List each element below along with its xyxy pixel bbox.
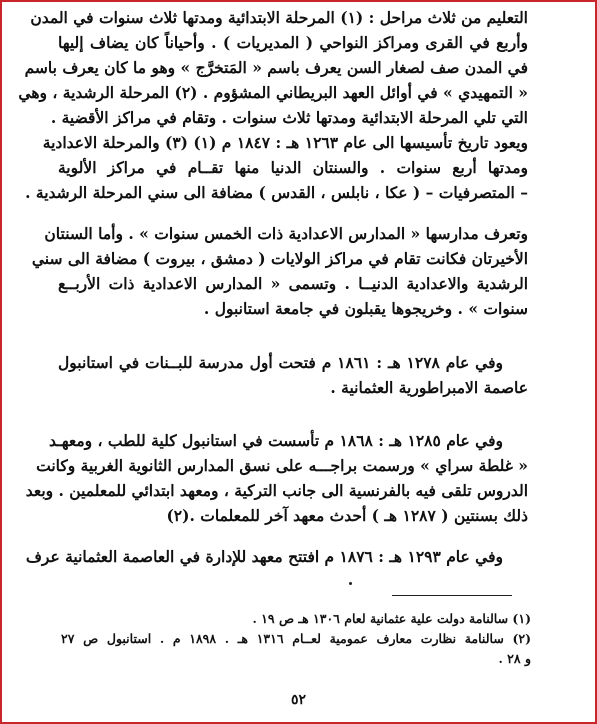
text-line: عاصمة الامبراطورية العثمانية . xyxy=(58,376,528,400)
text-line: وفي عام ١٢٧٨ هـ : ١٨٦١ م فتحت أول مدرسة … xyxy=(58,351,503,375)
stray-dot xyxy=(349,582,352,585)
text-line: التعليم من ثلاث مراحل : (١) المرحلة الاب… xyxy=(58,6,528,30)
document-page: التعليم من ثلاث مراحل : (١) المرحلة الاب… xyxy=(0,0,597,724)
text-line: ومدتها أربع سنوات . والسنتان الدنيا منها… xyxy=(58,156,528,180)
page-number: ٥٢ xyxy=(0,692,597,708)
text-line: سنوات » . وخريجوها يقبلون في جامعة استان… xyxy=(58,297,528,321)
text-line: – المتصرفيات – ( عكا ، نابلس ، القدس ) م… xyxy=(58,181,528,205)
footnote-divider xyxy=(392,595,512,596)
text-line: وتعرف مدارسها « المدارس الاعدادية ذات ال… xyxy=(58,222,528,246)
text-line: « غلطة سراي » ورسمت براجـــه على نسق الم… xyxy=(58,454,528,478)
text-line: الدروس تلقى فيه بالفرنسية الى جانب الترك… xyxy=(58,479,528,503)
text-line: ذلك بسنتين ( ١٢٨٧ هـ ) أحدث معهد آخر للم… xyxy=(58,504,528,528)
text-line: وفي عام ١٢٩٣ هـ : ١٨٧٦ م افتتح معهد للإد… xyxy=(58,545,503,569)
footnote-2: (٢) سالنامة نظارت معارف عمومية لعــام ١٣… xyxy=(61,629,531,649)
text-line: وأربع في القرى ومراكز النواحي ( المديريا… xyxy=(58,31,528,55)
footnote-1: (١) سالنامة دولت علية عثمانية لعام ١٣٠٦ … xyxy=(131,609,531,629)
text-line: الرشدية والاعدادية الدنيــا . وتسمى « ال… xyxy=(58,272,528,296)
text-line: « التمهيدي » في أوائل العهد البريطاني ال… xyxy=(58,81,528,105)
text-line: الأخيرتان فكانت تقام في مراكز الولايات (… xyxy=(58,247,528,271)
text-line: في المدن صف لصغار السن يعرف باسم « المَت… xyxy=(58,56,528,80)
text-line: ويعود تاريخ تأسيسها الى عام ١٢٦٣ هـ : ١٨… xyxy=(58,131,528,155)
text-line: وفي عام ١٢٨٥ هـ : ١٨٦٨ م تأسست في استانب… xyxy=(58,429,503,453)
footnote-2-continued: و ٢٨ . xyxy=(131,649,531,669)
text-line: التي تلي المرحلة الابتدائية ومدتها ثلاث … xyxy=(58,106,528,130)
